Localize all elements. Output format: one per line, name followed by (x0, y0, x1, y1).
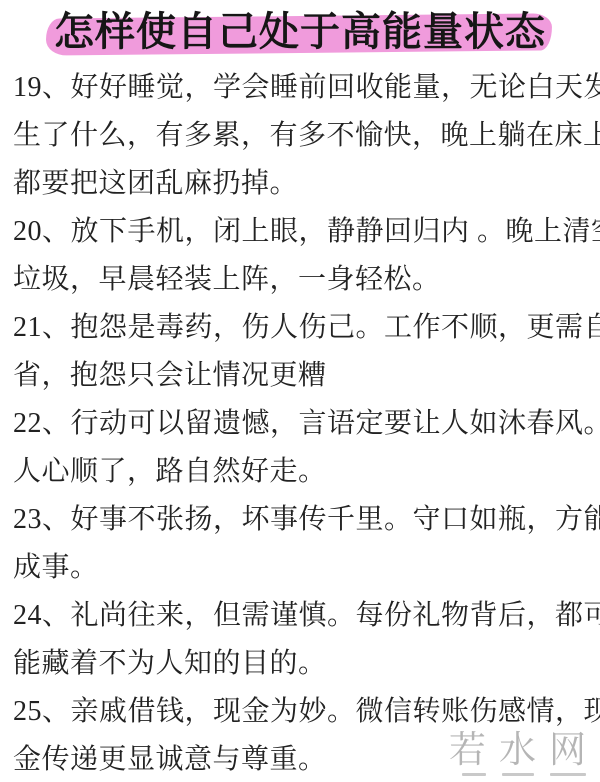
tip-line: 成事。 (13, 544, 592, 592)
tip-line: 金传递更显诚意与尊重。 (13, 736, 592, 782)
tip-line: 垃圾，早晨轻装上阵，一身轻松。 (13, 256, 592, 304)
tip-line: 生了什么，有多累，有多不愉快，晚上躺在床上 (13, 112, 592, 160)
tip-line: 19、好好睡觉，学会睡前回收能量，无论白天发 (13, 64, 592, 112)
tip-line: 21、抱怨是毒药，伤人伤己。工作不顺，更需自 (13, 304, 592, 352)
tip-line: 20、放下手机，闭上眼，静静回归内 。晚上清空 (13, 208, 592, 256)
page-title: 怎样使自己处于高能量状态 (0, 0, 600, 62)
tip-line: 人心顺了，路自然好走。 (13, 448, 592, 496)
tip-line: 都要把这团乱麻扔掉。 (13, 160, 592, 208)
note-page: 怎样使自己处于高能量状态 19、好好睡觉，学会睡前回收能量，无论白天发生了什么，… (0, 0, 600, 782)
tip-line: 23、好事不张扬，坏事传千里。守口如瓶，方能 (13, 496, 592, 544)
tip-line: 能藏着不为人知的目的。 (13, 640, 592, 688)
tip-line: 省，抱怨只会让情况更糟 (13, 352, 592, 400)
tip-line: 22、行动可以留遗憾，言语定要让人如沐春风。 (13, 400, 592, 448)
tips-list: 19、好好睡觉，学会睡前回收能量，无论白天发生了什么，有多累，有多不愉快，晚上躺… (0, 64, 600, 782)
tip-line: 25、亲戚借钱，现金为妙。微信转账伤感情，现 (13, 688, 592, 736)
tip-line: 24、礼尚往来，但需谨慎。每份礼物背后，都可 (13, 592, 592, 640)
page-title-text: 怎样使自己处于高能量状态 (54, 10, 546, 54)
